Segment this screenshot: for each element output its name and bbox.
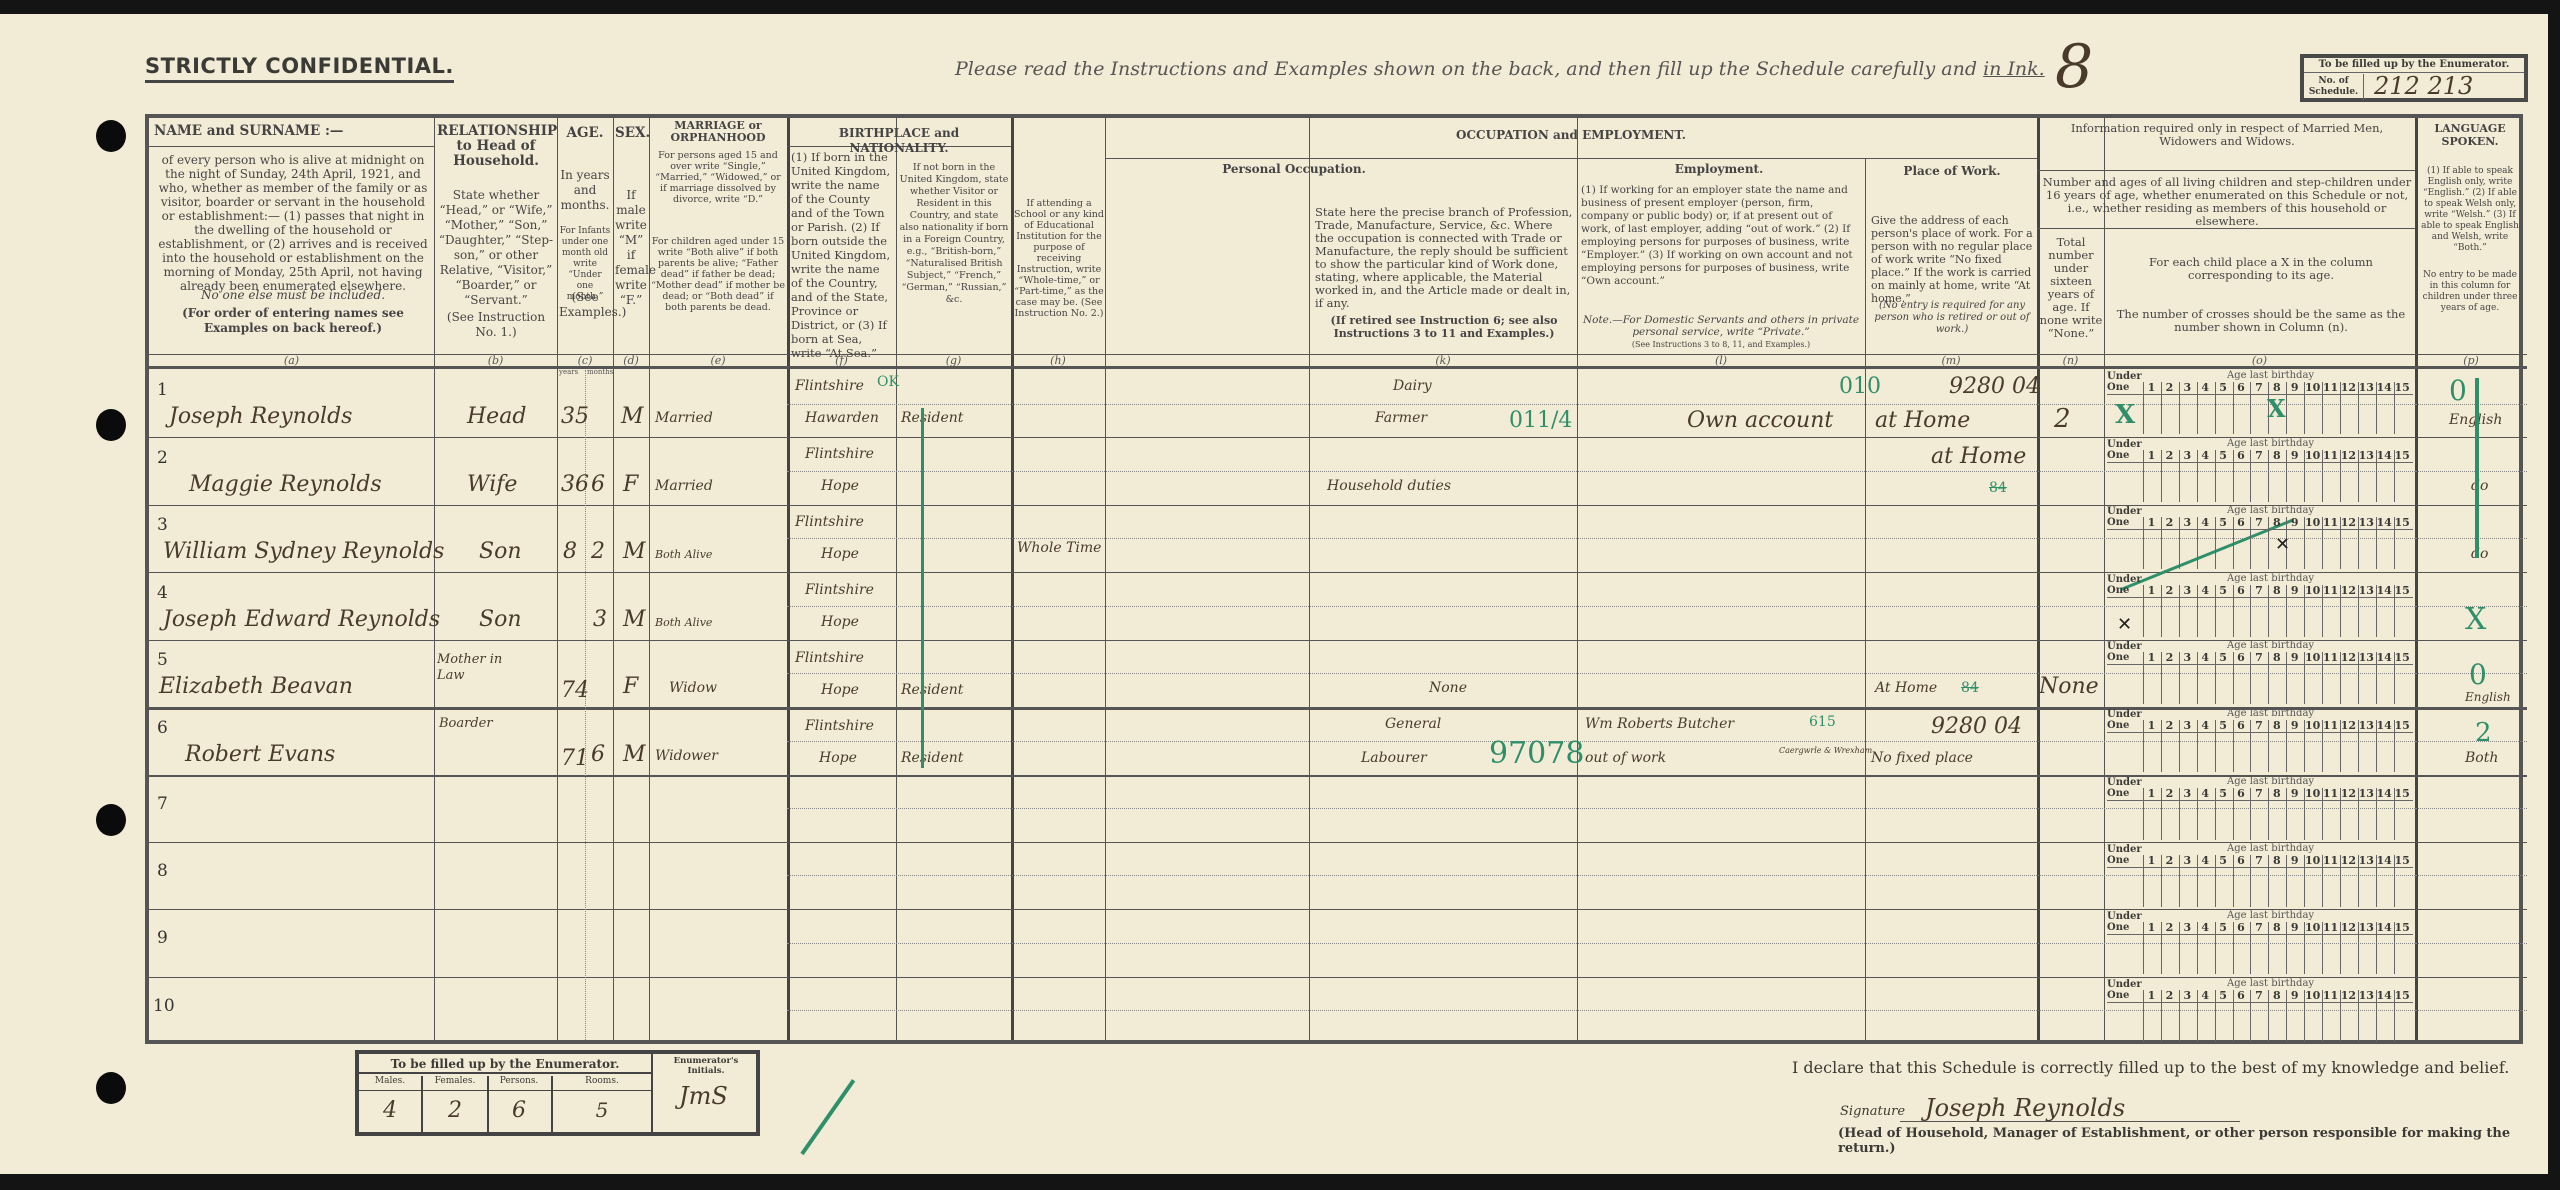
language: Both xyxy=(2465,750,2498,766)
age-grid: UnderOneAge last birthday123456789101112… xyxy=(2107,505,2413,571)
occupation-line2: None xyxy=(1429,680,1467,696)
person-name: William Sydney Reynolds xyxy=(163,539,444,564)
language-code: 0 xyxy=(2449,374,2467,407)
place-of-work: No fixed place xyxy=(1871,750,1973,766)
birth-county: Flintshire xyxy=(805,446,874,462)
schedule-number: 212 213 xyxy=(2374,72,2473,100)
age-years: 71 xyxy=(561,746,589,771)
birth-town: Hope xyxy=(819,750,857,766)
age-grid: UnderOneAge last birthday123456789101112… xyxy=(2107,776,2413,842)
place-of-work: at Home xyxy=(1931,444,2026,469)
punch-hole xyxy=(96,409,126,441)
census-schedule-page: STRICTLY CONFIDENTIAL. Please read the I… xyxy=(0,14,2548,1174)
nationality: Resident xyxy=(901,750,963,766)
marriage: Both Alive xyxy=(655,616,712,629)
enumerator-initials: JmS xyxy=(679,1082,728,1110)
birth-town: Hawarden xyxy=(805,410,879,426)
marriage: Widow xyxy=(669,680,717,696)
signature: Joseph Reynolds xyxy=(1925,1094,2125,1122)
marriage: Both Alive xyxy=(655,548,712,561)
sex: F xyxy=(623,472,638,497)
instructions-line: Please read the Instructions and Example… xyxy=(955,58,2045,80)
age-months: 2 xyxy=(591,539,605,564)
birth-county: Flintshire xyxy=(795,378,864,394)
employment: Own account xyxy=(1687,408,1833,433)
marriage: Widower xyxy=(655,748,718,764)
age-years: 36 xyxy=(561,472,589,497)
sex: F xyxy=(623,674,638,699)
persons-count: 6 xyxy=(489,1098,549,1123)
occupation-code: 011/4 xyxy=(1509,408,1572,433)
birth-town: Hope xyxy=(821,682,859,698)
age-grid: UnderOneAge last birthday123456789101112… xyxy=(2107,438,2413,504)
age-grid: UnderOneAge last birthday123456789101112… xyxy=(2107,843,2413,909)
place-note: 84 xyxy=(1989,480,2007,496)
punch-hole xyxy=(96,1072,126,1104)
occupation-line2: Farmer xyxy=(1375,410,1427,426)
pencil-mark: 8 xyxy=(2055,32,2093,102)
children-total: 2 xyxy=(2054,404,2071,434)
age-years: 35 xyxy=(561,404,589,429)
person-name: Joseph Reynolds xyxy=(169,404,352,429)
page-title: STRICTLY CONFIDENTIAL. xyxy=(145,54,454,83)
sex: M xyxy=(623,742,646,767)
signature-label: Signature xyxy=(1840,1104,1905,1119)
enumerator-box: To be filled up by the Enumerator. Enume… xyxy=(355,1050,760,1136)
language: do xyxy=(2471,546,2488,562)
place-of-work: at Home xyxy=(1875,408,1970,433)
place-code: 9280 04 xyxy=(1949,374,2040,399)
signature-note: (Head of Household, Manager of Establish… xyxy=(1838,1126,2548,1156)
birth-county: Flintshire xyxy=(795,650,864,666)
age-grid: UnderOneAge last birthday123456789101112… xyxy=(2107,978,2413,1044)
age-months: 3 xyxy=(593,607,607,632)
birth-code: OK xyxy=(877,374,899,390)
males-count: 4 xyxy=(359,1098,421,1123)
employment-line1: Wm Roberts Butcher xyxy=(1585,716,1734,732)
language: do xyxy=(2471,478,2488,494)
children-total: None xyxy=(2039,674,2099,699)
child-mark-age-8: ✕ xyxy=(2275,534,2290,555)
punch-hole xyxy=(96,804,126,836)
birth-town: Hope xyxy=(821,614,859,630)
relationship: Mother in Law xyxy=(437,652,507,684)
relationship: Son xyxy=(479,607,522,632)
age-grid: UnderOneAge last birthday123456789101112… xyxy=(2107,640,2413,706)
occupation-line1: General xyxy=(1385,716,1441,732)
relationship: Head xyxy=(467,404,526,429)
person-name: Elizabeth Beavan xyxy=(159,674,353,699)
age-grid: UnderOneAge last birthday123456789101112… xyxy=(2107,708,2413,774)
place-note: 84 xyxy=(1961,680,1979,696)
language-code: X xyxy=(2465,602,2486,637)
relationship: Boarder xyxy=(439,716,493,731)
occupation-code: 97078 xyxy=(1489,736,1584,771)
age-months: 6 xyxy=(591,742,605,767)
household-table: NAME and SURNAME :— of every person who … xyxy=(145,114,2523,1044)
employment-code: 010 xyxy=(1839,374,1881,399)
birth-county: Flintshire xyxy=(795,514,864,530)
employment: out of work xyxy=(1585,750,1666,766)
person-name: Robert Evans xyxy=(185,742,335,767)
occupation-line2: Household duties xyxy=(1327,478,1451,494)
age-years: 74 xyxy=(561,678,589,703)
age-grid: UnderOneAge last birthday123456789101112… xyxy=(2107,573,2413,639)
occupation-line2: Labourer xyxy=(1361,750,1427,766)
child-mark-under-one: X xyxy=(2115,400,2135,430)
nationality: Resident xyxy=(901,410,963,426)
females-count: 2 xyxy=(423,1098,487,1123)
language-code: 0 xyxy=(2469,658,2487,691)
age-grid: UnderOneAge last birthday123456789101112… xyxy=(2107,910,2413,976)
age-months: 6 xyxy=(591,472,605,497)
child-mark-under-one: ✕ xyxy=(2117,614,2132,635)
nationality: Resident xyxy=(901,682,963,698)
language-code: 2 xyxy=(2475,718,2492,748)
birth-county: Flintshire xyxy=(805,718,874,734)
marriage: Married xyxy=(655,410,713,426)
place-code: 9280 04 xyxy=(1931,714,2022,739)
schedule-number-box: To be filled up by the Enumerator. No. o… xyxy=(2300,54,2528,102)
rooms-count: 5 xyxy=(555,1098,649,1122)
employment-note: Caergwrle & Wrexham xyxy=(1779,746,1872,755)
age-grid: UnderOneAge last birthday123456789101112… xyxy=(2107,370,2413,436)
marriage: Married xyxy=(655,478,713,494)
employment-code: 615 xyxy=(1809,714,1836,730)
age-years: 8 xyxy=(563,539,577,564)
sex: M xyxy=(623,607,646,632)
declaration-text: I declare that this Schedule is correctl… xyxy=(1792,1058,2509,1077)
relationship: Son xyxy=(479,539,522,564)
language: English xyxy=(2465,690,2511,704)
sex: M xyxy=(623,539,646,564)
person-name: Maggie Reynolds xyxy=(189,472,382,497)
occupation-line1: Dairy xyxy=(1393,378,1432,394)
relationship: Wife xyxy=(467,472,517,497)
punch-hole xyxy=(96,120,126,152)
school: Whole Time xyxy=(1017,540,1101,556)
birth-town: Hope xyxy=(821,478,859,494)
sex: M xyxy=(621,404,644,429)
person-name: Joseph Edward Reynolds xyxy=(163,607,440,632)
place-of-work: At Home xyxy=(1875,680,1937,696)
child-mark-age-8: X xyxy=(2267,394,2286,423)
birth-county: Flintshire xyxy=(805,582,874,598)
birth-town: Hope xyxy=(821,546,859,562)
